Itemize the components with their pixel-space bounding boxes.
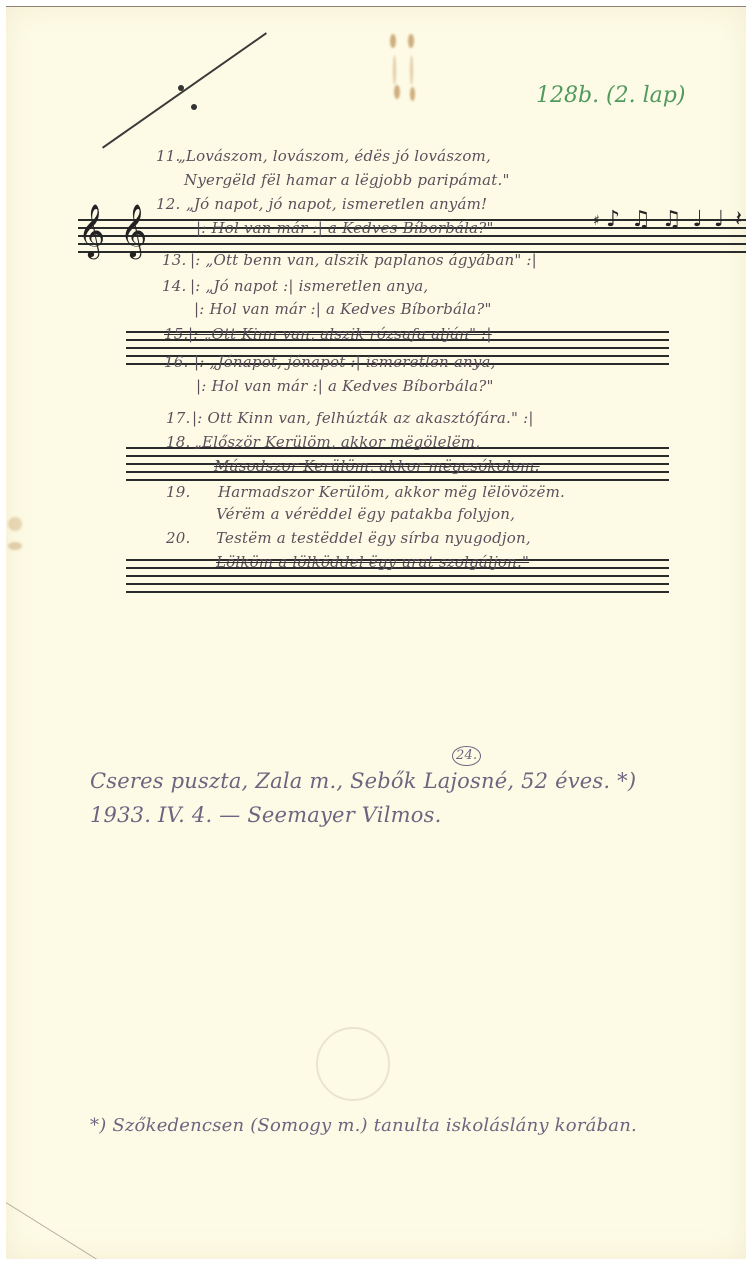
item-number: 24. bbox=[452, 745, 481, 766]
margin-stain bbox=[8, 517, 22, 531]
notes-melody: ♪ ♫ ♫ ♩ ♩ 𝄽 bbox=[606, 207, 744, 232]
verse-19-line-1: Harmadszor Kerülöm, akkor mëg lëlövözëm. bbox=[218, 483, 565, 501]
verse-15-number: 15. bbox=[164, 325, 188, 343]
repeat-dot bbox=[191, 104, 197, 110]
repeat-dot bbox=[178, 85, 184, 91]
verse-19-line-2: Vérëm a vérëddel ëgy patakba folyjon, bbox=[216, 505, 515, 523]
verse-12-number: 12. bbox=[156, 195, 180, 213]
treble-clef-icon: 𝄞 bbox=[78, 203, 105, 259]
staple-stain bbox=[410, 55, 413, 85]
verse-17-number: 17. bbox=[166, 409, 190, 427]
faded-stamp bbox=[316, 1027, 390, 1101]
staple-stain bbox=[410, 87, 415, 101]
staple-stain bbox=[390, 34, 396, 48]
verse-16-line-1: |: „Jónapot, jónapot :| ismeretlen anya, bbox=[194, 353, 496, 371]
verse-11-line-2: Nyergëld fël hamar a lëgjobb paripámat." bbox=[184, 171, 510, 189]
verse-13-line-1: |: „Ott benn van, alszik paplanos ágyába… bbox=[190, 251, 537, 269]
verse-16-number: 16. bbox=[164, 353, 188, 371]
treble-clef-icon: 𝄞 bbox=[120, 203, 147, 259]
verse-14-number: 14. bbox=[162, 277, 186, 295]
verse-14-line-2: |: Hol van már :| a Kedves Bíborbála?" bbox=[194, 300, 492, 318]
verse-14-line-1: |: „Jó napot :| ismeretlen anya, bbox=[190, 277, 428, 295]
corner-fold-line bbox=[6, 1202, 108, 1259]
verse-15-line-1: |: „Ott Kinn van, alszik rózsafa alján" … bbox=[188, 325, 492, 343]
repeat-slash bbox=[102, 32, 267, 148]
verse-20-line-2: Lölköm a lölköddel ëgy urat szolgáljon." bbox=[216, 553, 529, 571]
staple-stain bbox=[393, 55, 396, 85]
manuscript-page: 128b. (2. lap) 11. „Lovászom, lovászom, … bbox=[6, 6, 746, 1259]
margin-stain bbox=[8, 542, 22, 550]
verse-13-number: 13. bbox=[162, 251, 186, 269]
source-date-line: 1933. IV. 4. — Seemayer Vilmos. bbox=[90, 803, 441, 827]
sharp-icon: ♯ bbox=[593, 213, 600, 229]
verse-18-line-2: Másodszor Kerülöm, akkor mëgcsókolom. bbox=[214, 457, 540, 475]
verse-11-line-1: „Lovászom, lovászom, édës jó lovászom, bbox=[178, 147, 491, 165]
verse-16-line-2: |: Hol van már :| a Kedves Bíborbála?" bbox=[196, 377, 494, 395]
verse-17-line-1: |: Ott Kinn van, felhúzták az akasztófár… bbox=[192, 409, 534, 427]
verse-12-line-2: |: Hol van már :| a Kedves Bíborbála?" bbox=[196, 219, 494, 237]
verse-20-line-1: Testëm a testëddel ëgy sírba nyugodjon, bbox=[216, 529, 531, 547]
staple-stain bbox=[408, 34, 414, 48]
verse-20-number: 20. bbox=[166, 529, 190, 547]
source-place-line: Cseres puszta, Zala m., Sebők Lajosné, 5… bbox=[90, 769, 636, 793]
item-number-circle: 24. bbox=[452, 746, 481, 766]
verse-18-line-1: „Először Kerülöm, akkor mëgölelëm, bbox=[194, 433, 480, 451]
staple-stain bbox=[394, 85, 400, 99]
verse-19-number: 19. bbox=[166, 483, 190, 501]
verse-12-line-1: „Jó napot, jó napot, ismeretlen anyám! bbox=[186, 195, 487, 213]
verse-18-number: 18. bbox=[166, 433, 190, 451]
footnote: *) Szőkedencsen (Somogy m.) tanulta isko… bbox=[90, 1115, 637, 1136]
verse-11-number: 11. bbox=[156, 147, 180, 165]
archive-mark: 128b. (2. lap) bbox=[536, 83, 685, 108]
